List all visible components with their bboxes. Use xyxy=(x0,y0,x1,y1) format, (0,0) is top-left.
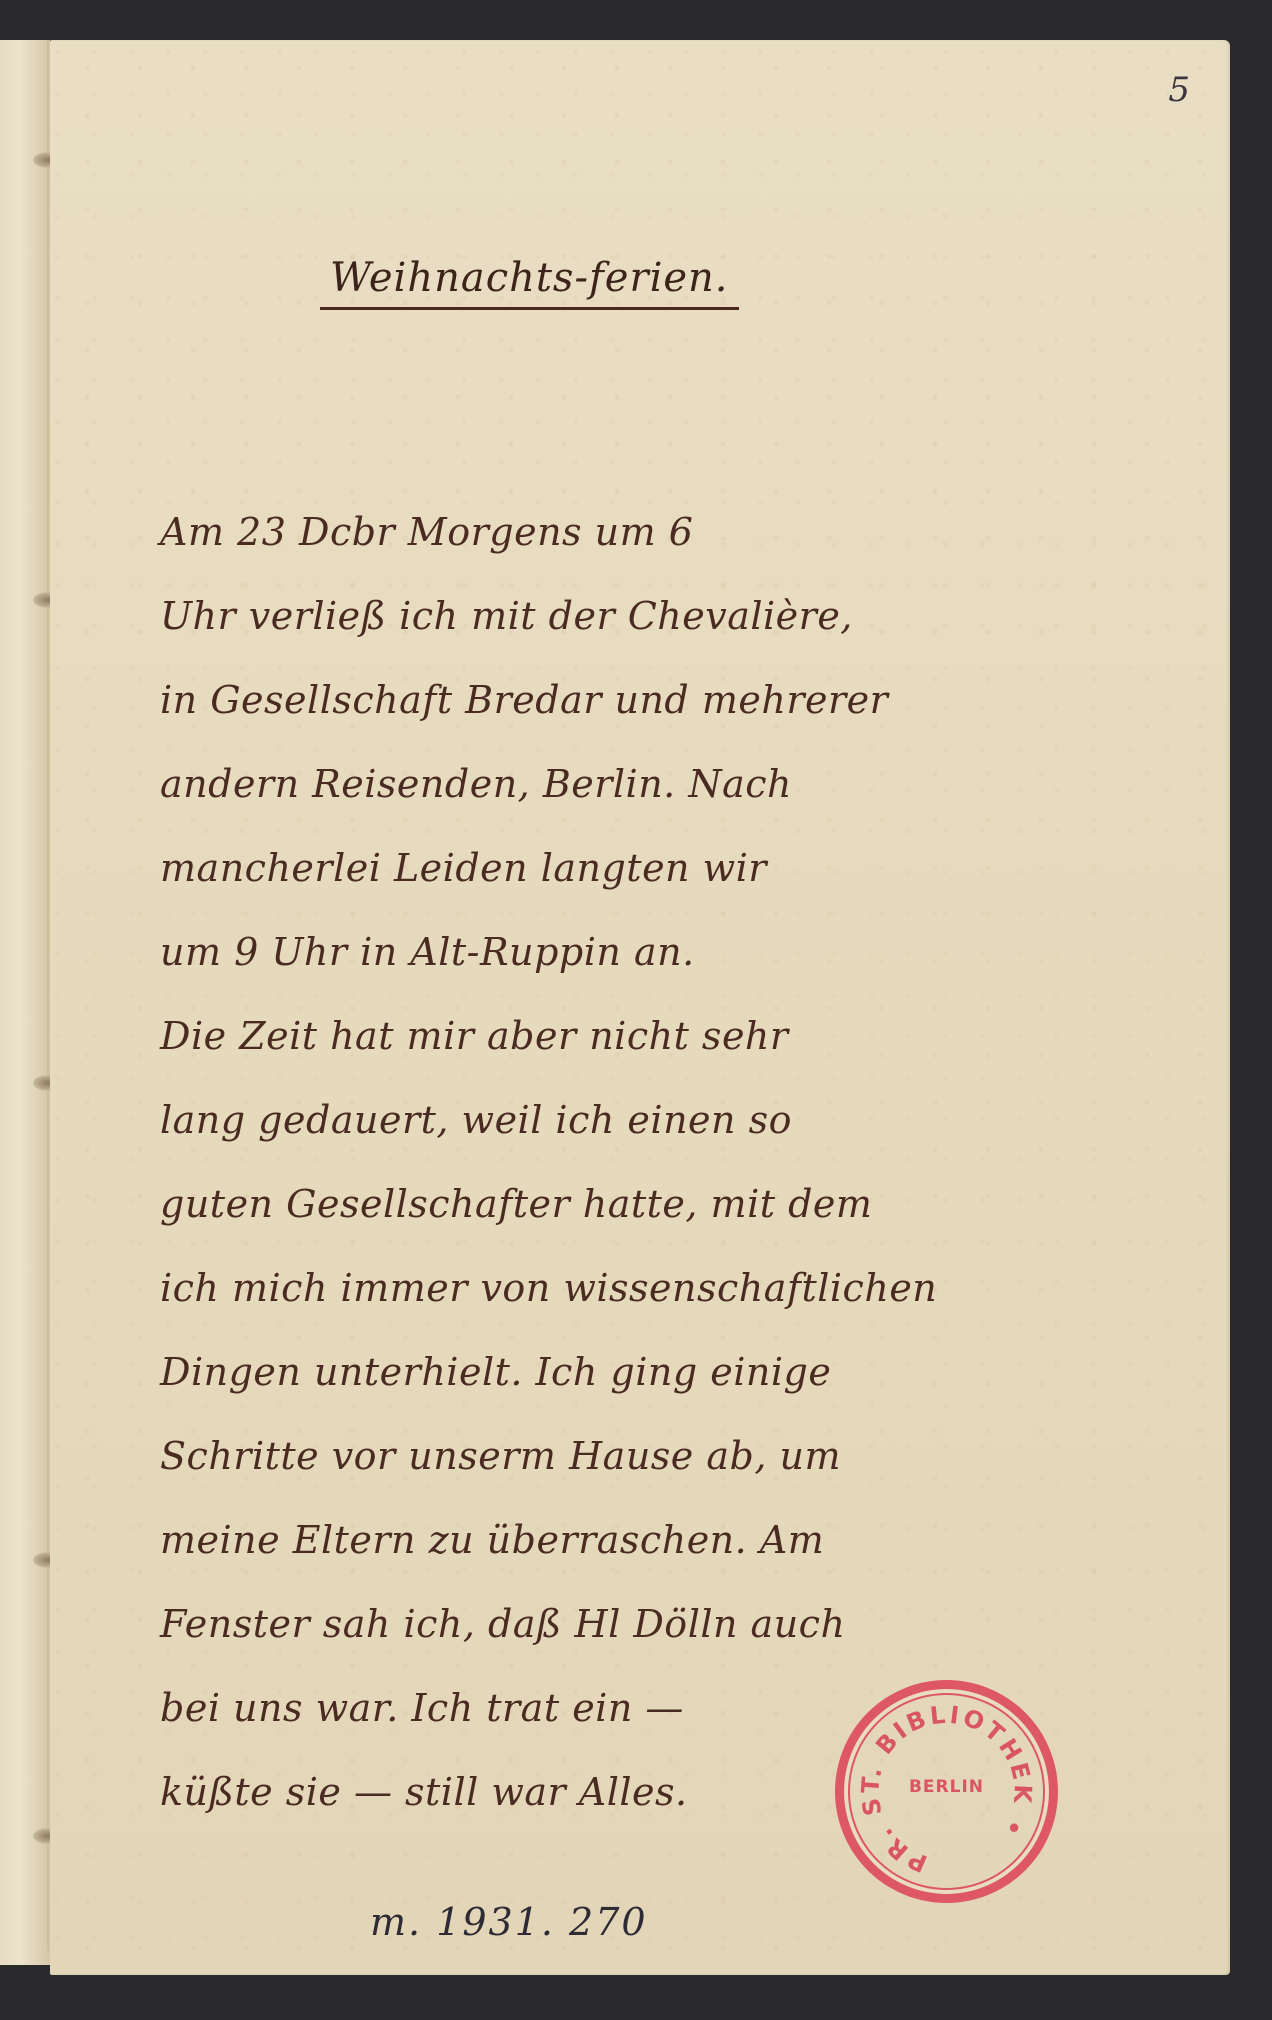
text-line: meine Eltern zu überraschen. Am xyxy=(160,1498,920,1582)
folio-number: 5 xyxy=(1168,70,1190,110)
text-line: Uhr verließ ich mit der Chevalière, xyxy=(160,574,920,658)
text-line: küßte sie — still war Alles. xyxy=(160,1750,920,1834)
text-line: Fenster sah ich, daß Hl Dölln auch xyxy=(160,1582,920,1666)
stamp-center-text: BERLIN xyxy=(844,1777,1049,1797)
text-line: ich mich immer von wissenschaftlichen xyxy=(160,1246,920,1330)
text-line: lang gedauert, weil ich einen so xyxy=(160,1078,920,1162)
spine-fold xyxy=(47,40,49,1950)
scan-background: 5 Weihnachts-ferien. Am 23 Dcbr Morgens … xyxy=(0,0,1272,2020)
manuscript-page: 5 Weihnachts-ferien. Am 23 Dcbr Morgens … xyxy=(50,40,1230,1975)
text-line: guten Gesellschafter hatte, mit dem xyxy=(160,1162,920,1246)
text-line: mancherlei Leiden langten wir xyxy=(160,826,920,910)
text-line: Dingen unterhielt. Ich ging einige xyxy=(160,1330,920,1414)
text-line: andern Reisenden, Berlin. Nach xyxy=(160,742,920,826)
text-line: in Gesellschaft Bredar und mehrerer xyxy=(160,658,920,742)
text-line: um 9 Uhr in Alt-Ruppin an. xyxy=(160,910,920,994)
library-stamp: PR. ST. BIBLIOTHEK • BERLIN xyxy=(835,1680,1058,1903)
text-line: Die Zeit hat mir aber nicht sehr xyxy=(160,994,920,1078)
shelfmark: m. 1931. 270 xyxy=(370,1900,648,1944)
text-line: Am 23 Dcbr Morgens um 6 xyxy=(160,490,920,574)
text-line: bei uns war. Ich trat ein — xyxy=(160,1666,920,1750)
page-title: Weihnachts-ferien. xyxy=(320,255,739,310)
binding-strip xyxy=(0,40,50,1965)
manuscript-body: Am 23 Dcbr Morgens um 6 Uhr verließ ich … xyxy=(160,490,920,1834)
text-line: Schritte vor unserm Hause ab, um xyxy=(160,1414,920,1498)
